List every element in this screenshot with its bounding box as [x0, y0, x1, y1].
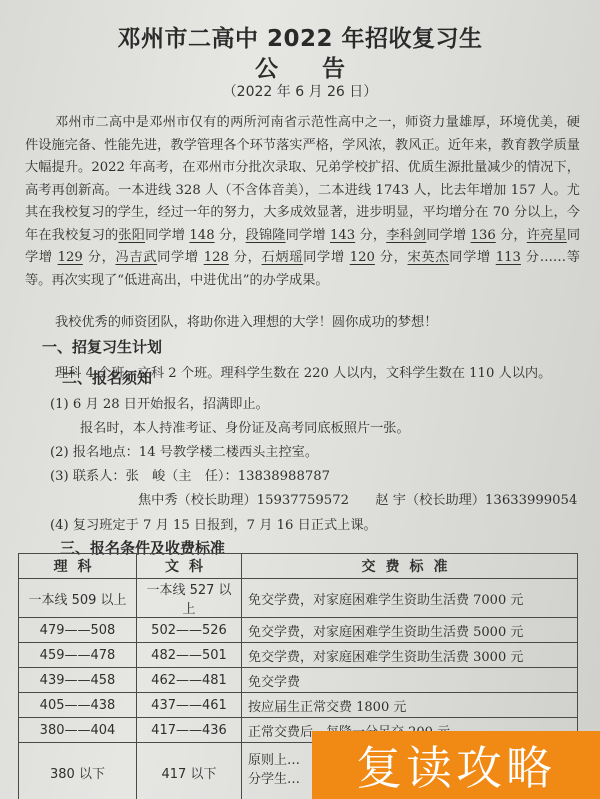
underlined-highlight: 段锦隆 [246, 228, 286, 243]
cell-arts: 417 以下 [137, 743, 242, 799]
cell-arts: 502——526 [137, 618, 242, 643]
registration-item-4: (4) 复习班定于 7 月 15 日报到，7 月 16 日正式上课。 [50, 514, 377, 533]
cell-fee: 按应届生正常交费 1800 元 [242, 693, 578, 718]
registration-item-2: (2) 报名地点：14 号教学楼二楼西头主控室。 [50, 441, 318, 460]
cell-science: 一本线 509 以上 [19, 579, 137, 618]
underlined-highlight: 129 [58, 250, 83, 265]
cell-science: 439——458 [19, 668, 137, 693]
underlined-highlight: 136 [471, 228, 496, 243]
intro-text-segment: 同学增 [145, 228, 189, 243]
cell-fee: 免交学费，对家庭困难学生资助生活费 5000 元 [242, 618, 578, 643]
cell-fee: 免交学费 [242, 668, 578, 693]
intro-text-segment: 分， [83, 250, 116, 265]
cell-arts: 482——501 [137, 643, 242, 668]
cell-science: 479——508 [19, 618, 137, 643]
underlined-highlight: 宋英杰 [408, 250, 450, 265]
cell-arts: 462——481 [137, 668, 242, 693]
registration-item-1: (1) 6 月 28 日开始报名，招满即止。 [50, 393, 269, 412]
cell-science: 405——438 [19, 693, 137, 718]
table-row: 439——458 462——481 免交学费 [19, 668, 578, 693]
underlined-highlight: 128 [204, 250, 229, 265]
cell-science: 380——404 [19, 718, 137, 743]
overlay-badge: 复读攻略 [312, 731, 600, 799]
column-header-fee: 交费标准 [242, 554, 578, 579]
underlined-highlight: 120 [350, 250, 375, 265]
intro-text-segment: 分， [229, 250, 262, 265]
underlined-highlight: 张阳 [118, 228, 145, 243]
document-subtitle: 公告 [0, 50, 600, 83]
motto-paragraph: 我校优秀的师资团队，将助你进入理想的大学！圆你成功的梦想！ [55, 312, 585, 335]
cell-arts: 一本线 527 以上 [137, 579, 242, 618]
cell-fee: 免交学费，对家庭困难学生资助生活费 7000 元 [242, 579, 578, 618]
underlined-highlight: 143 [330, 228, 355, 243]
column-header-arts: 文科 [137, 554, 242, 579]
intro-text-segment: 分， [375, 250, 408, 265]
document-title: 邓州市二高中 2022 年招收复习生 [0, 20, 600, 53]
underlined-highlight: 石炳瑶 [262, 250, 304, 265]
underlined-highlight: 许亮星 [527, 228, 567, 243]
registration-contacts: 焦中秀（校长助理）15937759572 赵 宇（校长助理）1363399905… [138, 489, 577, 508]
intro-text-segment: 同学增 [449, 250, 496, 265]
subtitle-char-1: 公 [255, 56, 278, 82]
registration-item-3: (3) 联系人：张 峻（主 任）：13838988787 [50, 465, 330, 484]
underlined-highlight: 113 [496, 250, 521, 265]
table-row: 405——438 437——461 按应届生正常交费 1800 元 [19, 693, 578, 718]
intro-text-segment: 分， [496, 228, 527, 243]
announcement-page: 邓州市二高中 2022 年招收复习生 公告 （2022 年 6 月 26 日） … [0, 0, 600, 799]
table-row: 一本线 509 以上 一本线 527 以上 免交学费，对家庭困难学生资助生活费 … [19, 579, 578, 618]
section-heading-plan: 一、招复习生计划 [42, 336, 162, 357]
underlined-highlight: 148 [189, 228, 214, 243]
intro-paragraph: 邓州市二高中是邓州市仅有的两所河南省示范性高中之一，师资力量雄厚，环境优美，硬件… [25, 112, 580, 292]
intro-text-segment: 同学增 [303, 250, 350, 265]
section-heading-registration: 二、报名须知 [62, 367, 152, 388]
intro-text-segment: 同学增 [157, 250, 204, 265]
table-row: 479——508 502——526 免交学费，对家庭困难学生资助生活费 5000… [19, 618, 578, 643]
cell-science: 380 以下 [19, 743, 137, 799]
table-header-row: 理科 文科 交费标准 [19, 554, 578, 579]
intro-text-segment: 同学增 [286, 228, 330, 243]
intro-text-segment: 分， [215, 228, 246, 243]
cell-fee: 免交学费，对家庭困难学生资助生活费 3000 元 [242, 643, 578, 668]
underlined-highlight: 冯吉武 [115, 250, 157, 265]
cell-arts: 417——436 [137, 718, 242, 743]
cell-arts: 437——461 [137, 693, 242, 718]
column-header-science: 理科 [19, 554, 137, 579]
cell-science: 459——478 [19, 643, 137, 668]
table-row: 459——478 482——501 免交学费，对家庭困难学生资助生活费 3000… [19, 643, 578, 668]
intro-text-segment: 分， [355, 228, 386, 243]
intro-text-segment: 邓州市二高中是邓州市仅有的两所河南省示范性高中之一，师资力量雄厚，环境优美，硬件… [25, 115, 580, 243]
document-date: （2022 年 6 月 26 日） [0, 81, 600, 101]
underlined-highlight: 李科剑 [386, 228, 426, 243]
intro-text-segment: 同学增 [426, 228, 470, 243]
subtitle-char-2: 告 [322, 56, 345, 82]
registration-item-1-note: 报名时，本人持准考证、身份证及高考同底板照片一张。 [80, 417, 410, 436]
